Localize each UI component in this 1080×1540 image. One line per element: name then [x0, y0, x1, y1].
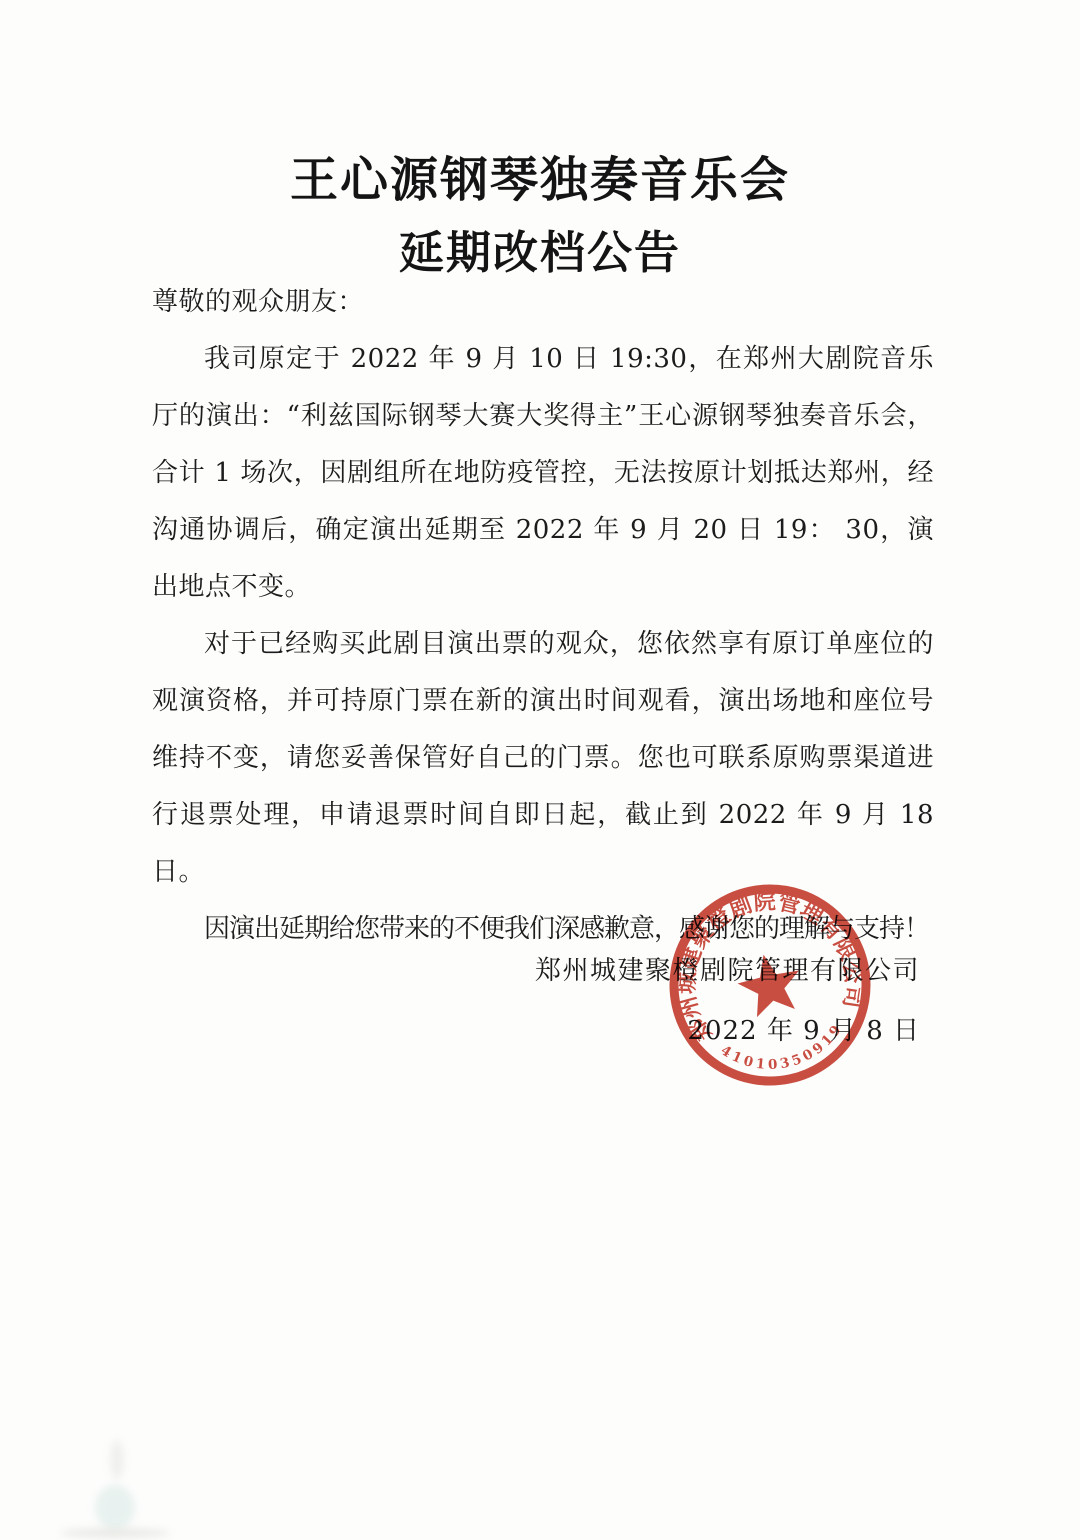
paragraph-2: 对于已经购买此剧目演出票的观众，您依然享有原订单座位的观演资格，并可持原门票在新…: [152, 616, 934, 901]
document-page: 王心源钢琴独奏音乐会 延期改档公告 尊敬的观众朋友： 我司原定于 2022 年 …: [0, 0, 1080, 1540]
official-seal: 郑州城建聚橙剧院管理有限公司 41010350919: [660, 875, 880, 1095]
salutation: 尊敬的观众朋友：: [152, 274, 934, 331]
document-body: 尊敬的观众朋友： 我司原定于 2022 年 9 月 10 日 19:30，在郑州…: [152, 274, 934, 958]
scan-artifact: [110, 1440, 124, 1480]
scan-artifact: [95, 1485, 135, 1530]
document-title-line2: 延期改档公告: [0, 216, 1080, 281]
paragraph-1: 我司原定于 2022 年 9 月 10 日 19:30，在郑州大剧院音乐厅的演出…: [152, 331, 934, 616]
scan-artifact: [60, 1528, 170, 1538]
seal-star-icon: [733, 948, 807, 1019]
document-title-line1: 王心源钢琴独奏音乐会: [0, 141, 1080, 210]
